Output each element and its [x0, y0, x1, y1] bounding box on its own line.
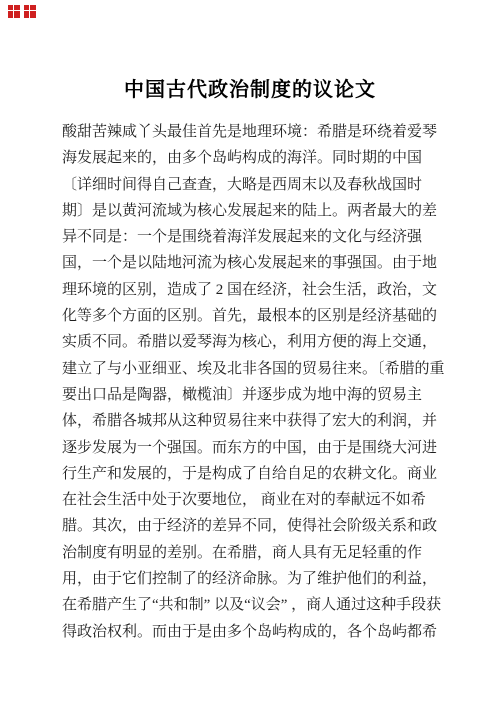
- red-watermark-icon: [24, 5, 36, 18]
- text-line: 腊。其次，由于经济的差异不同，使得社会阶级关系和政: [62, 513, 442, 539]
- text-line: 化等多个方面的区别。首先，最根本的区别是经济基础的: [62, 303, 442, 329]
- text-line: 期〕是以黄河流域为核心发展起来的陆上。两者最大的差: [62, 198, 442, 224]
- text-line: 理环境的区别，造成了 2 国在经济，社会生活，政治，文: [62, 277, 442, 303]
- text-line: 用，由于它们控制了的经济命脉。为了维护他们的利益，: [62, 566, 442, 592]
- text-line: 异不同是：一个是围绕着海洋发展起来的文化与经济强: [62, 224, 442, 250]
- text-line: 要出口品是陶器，橄榄油〕并逐步成为地中海的贸易主: [62, 382, 442, 408]
- text-line: 实质不同。希腊以爱琴海为核心，利用方便的海上交通，: [62, 329, 442, 355]
- text-line: 逐步发展为一个强国。而东方的中国，由于是围绕大河进: [62, 435, 442, 461]
- text-line: 行生产和发展的，于是构成了自给自足的农耕文化。商业: [62, 461, 442, 487]
- text-line: 在希腊产生了“共和制” 以及“议会” ，商人通过这种手段获: [62, 592, 442, 618]
- red-watermark-icon: [8, 5, 20, 18]
- essay-body: 酸甜苦辣咸丫头最佳首先是地理环境：希腊是环绕着爱琴海发展起来的，由多个岛屿构成的…: [62, 119, 442, 645]
- red-watermark: [8, 5, 36, 18]
- document-page: 中国古代政治制度的议论文 酸甜苦辣咸丫头最佳首先是地理环境：希腊是环绕着爱琴海发…: [0, 0, 500, 707]
- text-line: 建立了与小亚细亚、埃及北非各国的贸易往来。〔希腊的重: [62, 356, 442, 382]
- text-line: 得政治权利。而由于是由多个岛屿构成的，各个岛屿都希: [62, 619, 442, 645]
- text-line: 〔详细时间得自己查查，大略是西周末以及春秋战国时: [62, 172, 442, 198]
- text-line: 在社会生活中处于次要地位， 商业在对的奉献远不如希: [62, 487, 442, 513]
- text-line: 酸甜苦辣咸丫头最佳首先是地理环境：希腊是环绕着爱琴: [62, 119, 442, 145]
- text-line: 体，希腊各城邦从这种贸易往来中获得了宏大的利润，并: [62, 408, 442, 434]
- text-line: 国，一个是以陆地河流为核心发展起来的事强国。由于地: [62, 250, 442, 276]
- text-line: 海发展起来的，由多个岛屿构成的海洋。同时期的中国: [62, 145, 442, 171]
- text-line: 治制度有明显的差别。在希腊，商人具有无足轻重的作: [62, 540, 442, 566]
- document-title: 中国古代政治制度的议论文: [0, 73, 500, 102]
